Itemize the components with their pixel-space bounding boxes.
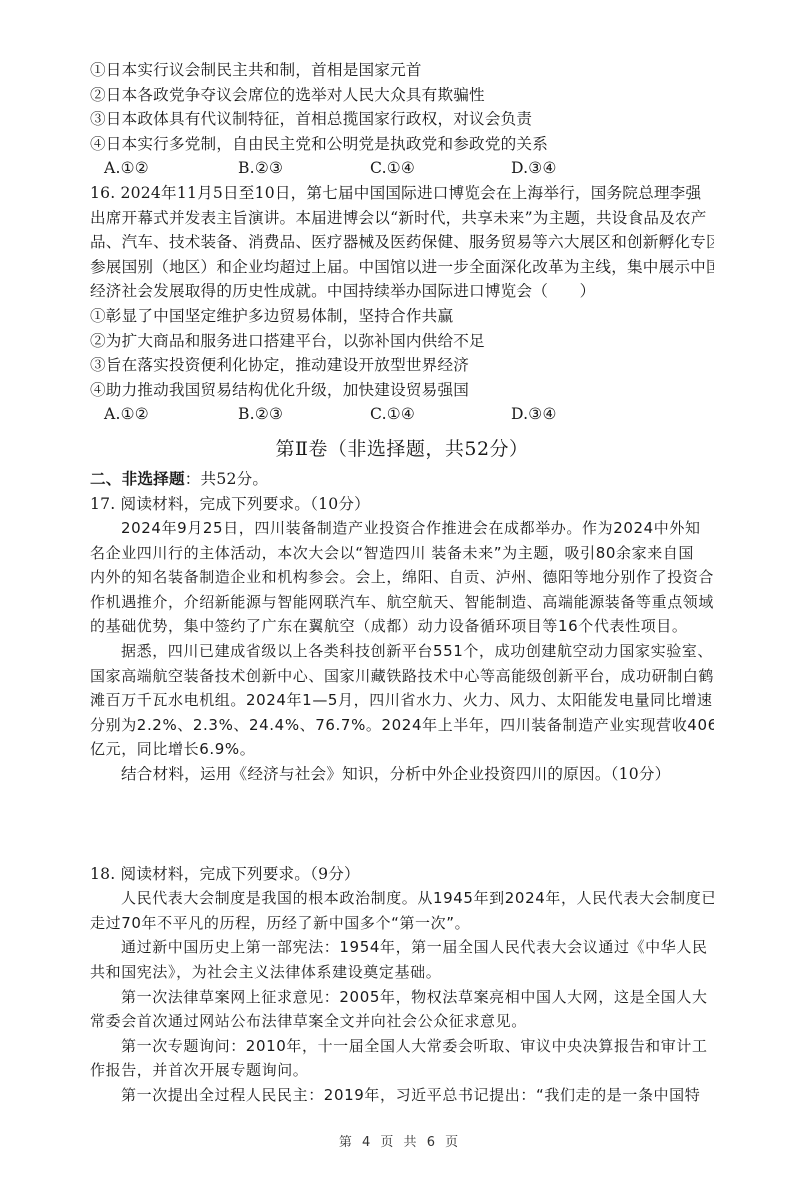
page-footer: 第 4 页 共 6 页 [0,1131,800,1150]
q18-para-line: 第一次提出全过程人民民主：2019年，习近平总书记提出：“我们走的是一条中国特 [90,1083,714,1108]
q16-statement-4: ④助力推动我国贸易结构优化升级，加快建设贸易强国 [90,378,714,403]
section-2-heading-rest: ：共52分。 [185,470,268,488]
q17-task: 结合材料，运用《经济与社会》知识，分析中外企业投资四川的原因。（10分） [90,762,714,787]
q16-statement-1: ①彰显了中国坚定维护多边贸易体制，坚持合作共赢 [90,304,714,329]
q15-option-a: A.①② [104,156,238,181]
q17-para2-line: 滩百万千瓦水电机组。2024年1—5月，四川省水力、火力、风力、太阳能发电量同比… [90,688,714,713]
q17-block: 17. 阅读材料，完成下列要求。（10分） 2024年9月25日，四川装备制造产… [90,492,714,787]
q15-option-d: D.③④ [511,156,645,181]
q17-para2-line: 分别为2.2%、2.3%、24.4%、76.7%。2024年上半年，四川装备制造… [90,713,714,738]
q17-para2-line: 国家高端航空装备技术创新中心、国家川藏铁路技术中心等高能级创新平台，成功研制白鹤 [90,664,714,689]
q16-option-a: A.①② [104,402,238,427]
q18-para-line: 常委会首次通过网站公布法律草案全文并向社会公众征求意见。 [90,1009,714,1034]
q17-para1-line: 名企业四川行的主体活动，本次大会以“智造四川 装备未来”为主题，吸引80余家来自… [90,541,714,566]
q18-para-line: 走过70年不平凡的历程，历经了新中国多个“第一次”。 [90,911,714,936]
q15-statement-1: ①日本实行议会制民主共和制，首相是国家元首 [90,58,714,83]
q15-options: A.①② B.②③ C.①④ D.③④ [90,156,714,181]
q16-statement-3: ③旨在落实投资便利化协定，推动建设开放型世界经济 [90,353,714,378]
q18-para-line: 第一次专题询问：2010年，十一届全国人大常委会听取、审议中央决算报告和审计工 [90,1034,714,1059]
q18-para-line: 通过新中国历史上第一部宪法：1954年，第一届全国人民代表大会议通过《中华人民 [90,935,714,960]
q16-block: 16. 2024年11月5日至10日，第七届中国国际进口博览会在上海举行，国务院… [90,181,714,427]
q18-para-line: 作报告，并首次开展专题询问。 [90,1058,714,1083]
q15-statement-3: ③日本政体具有代议制特征，首相总揽国家行政权，对议会负责 [90,107,714,132]
q16-statement-2: ②为扩大商品和服务进口搭建平台，以弥补国内供给不足 [90,329,714,354]
q16-stem-line: 出席开幕式并发表主旨演讲。本届进博会以“新时代，共享未来”为主题，共设食品及农产 [90,206,714,231]
q16-option-d: D.③④ [511,402,645,427]
q16-stem-line: 16. 2024年11月5日至10日，第七届中国国际进口博览会在上海举行，国务院… [90,181,714,206]
q17-para1-line: 2024年9月25日，四川装备制造产业投资合作推进会在成都举办。作为2024中外… [90,516,714,541]
q18-block: 18. 阅读材料，完成下列要求。（9分） 人民代表大会制度是我国的根本政治制度。… [90,862,714,1108]
q16-option-c: C.①④ [370,402,511,427]
section-2-title: 第Ⅱ卷（非选择题，共52分） [90,431,714,467]
q18-para-line: 共和国宪法》，为社会主义法律体系建设奠定基础。 [90,960,714,985]
q15-statement-2: ②日本各政党争夺议会席位的选举对人民大众具有欺骗性 [90,83,714,108]
q15-option-c: C.①④ [370,156,511,181]
q16-option-b: B.②③ [238,402,370,427]
exam-page: ①日本实行议会制民主共和制，首相是国家元首 ②日本各政党争夺议会席位的选举对人民… [90,58,714,1108]
q16-stem-line: 经济社会发展取得的历史性成就。中国持续举办国际进口博览会（ ） [90,279,714,304]
answer-space [90,787,714,862]
q16-stem-line: 品、汽车、技术装备、消费品、医疗器械及医药保健、服务贸易等六大展区和创新孵化专区… [90,230,714,255]
q16-options: A.①② B.②③ C.①④ D.③④ [90,402,714,427]
section-2-heading-bold: 二、非选择题 [90,470,185,488]
section-2-heading: 二、非选择题：共52分。 [90,467,714,492]
q18-para-line: 人民代表大会制度是我国的根本政治制度。从1945年到2024年，人民代表大会制度… [90,886,714,911]
q17-header: 17. 阅读材料，完成下列要求。（10分） [90,492,714,517]
q16-stem-line: 参展国别（地区）和企业均超过上届。中国馆以进一步全面深化改革为主线，集中展示中国 [90,255,714,280]
q17-para1-line: 内外的知名装备制造企业和机构参会。会上，绵阳、自贡、泸州、德阳等地分别作了投资合 [90,565,714,590]
q17-para2-line: 据悉，四川已建成省级以上各类科技创新平台551个，成功创建航空动力国家实验室、 [90,639,714,664]
q15-option-b: B.②③ [238,156,370,181]
q17-para2-line: 亿元，同比增长6.9%。 [90,737,714,762]
q17-para1-line: 作机遇推介，介绍新能源与智能网联汽车、航空航天、智能制造、高端能源装备等重点领域 [90,590,714,615]
q15-statement-4: ④日本实行多党制，自由民主党和公明党是执政党和参政党的关系 [90,132,714,157]
q18-para-line: 第一次法律草案网上征求意见：2005年，物权法草案亮相中国人大网，这是全国人大 [90,985,714,1010]
q18-header: 18. 阅读材料，完成下列要求。（9分） [90,862,714,887]
q17-para1-line: 的基础优势，集中签约了广东在翼航空（成都）动力设备循环项目等16个代表性项目。 [90,614,714,639]
q15-block: ①日本实行议会制民主共和制，首相是国家元首 ②日本各政党争夺议会席位的选举对人民… [90,58,714,181]
